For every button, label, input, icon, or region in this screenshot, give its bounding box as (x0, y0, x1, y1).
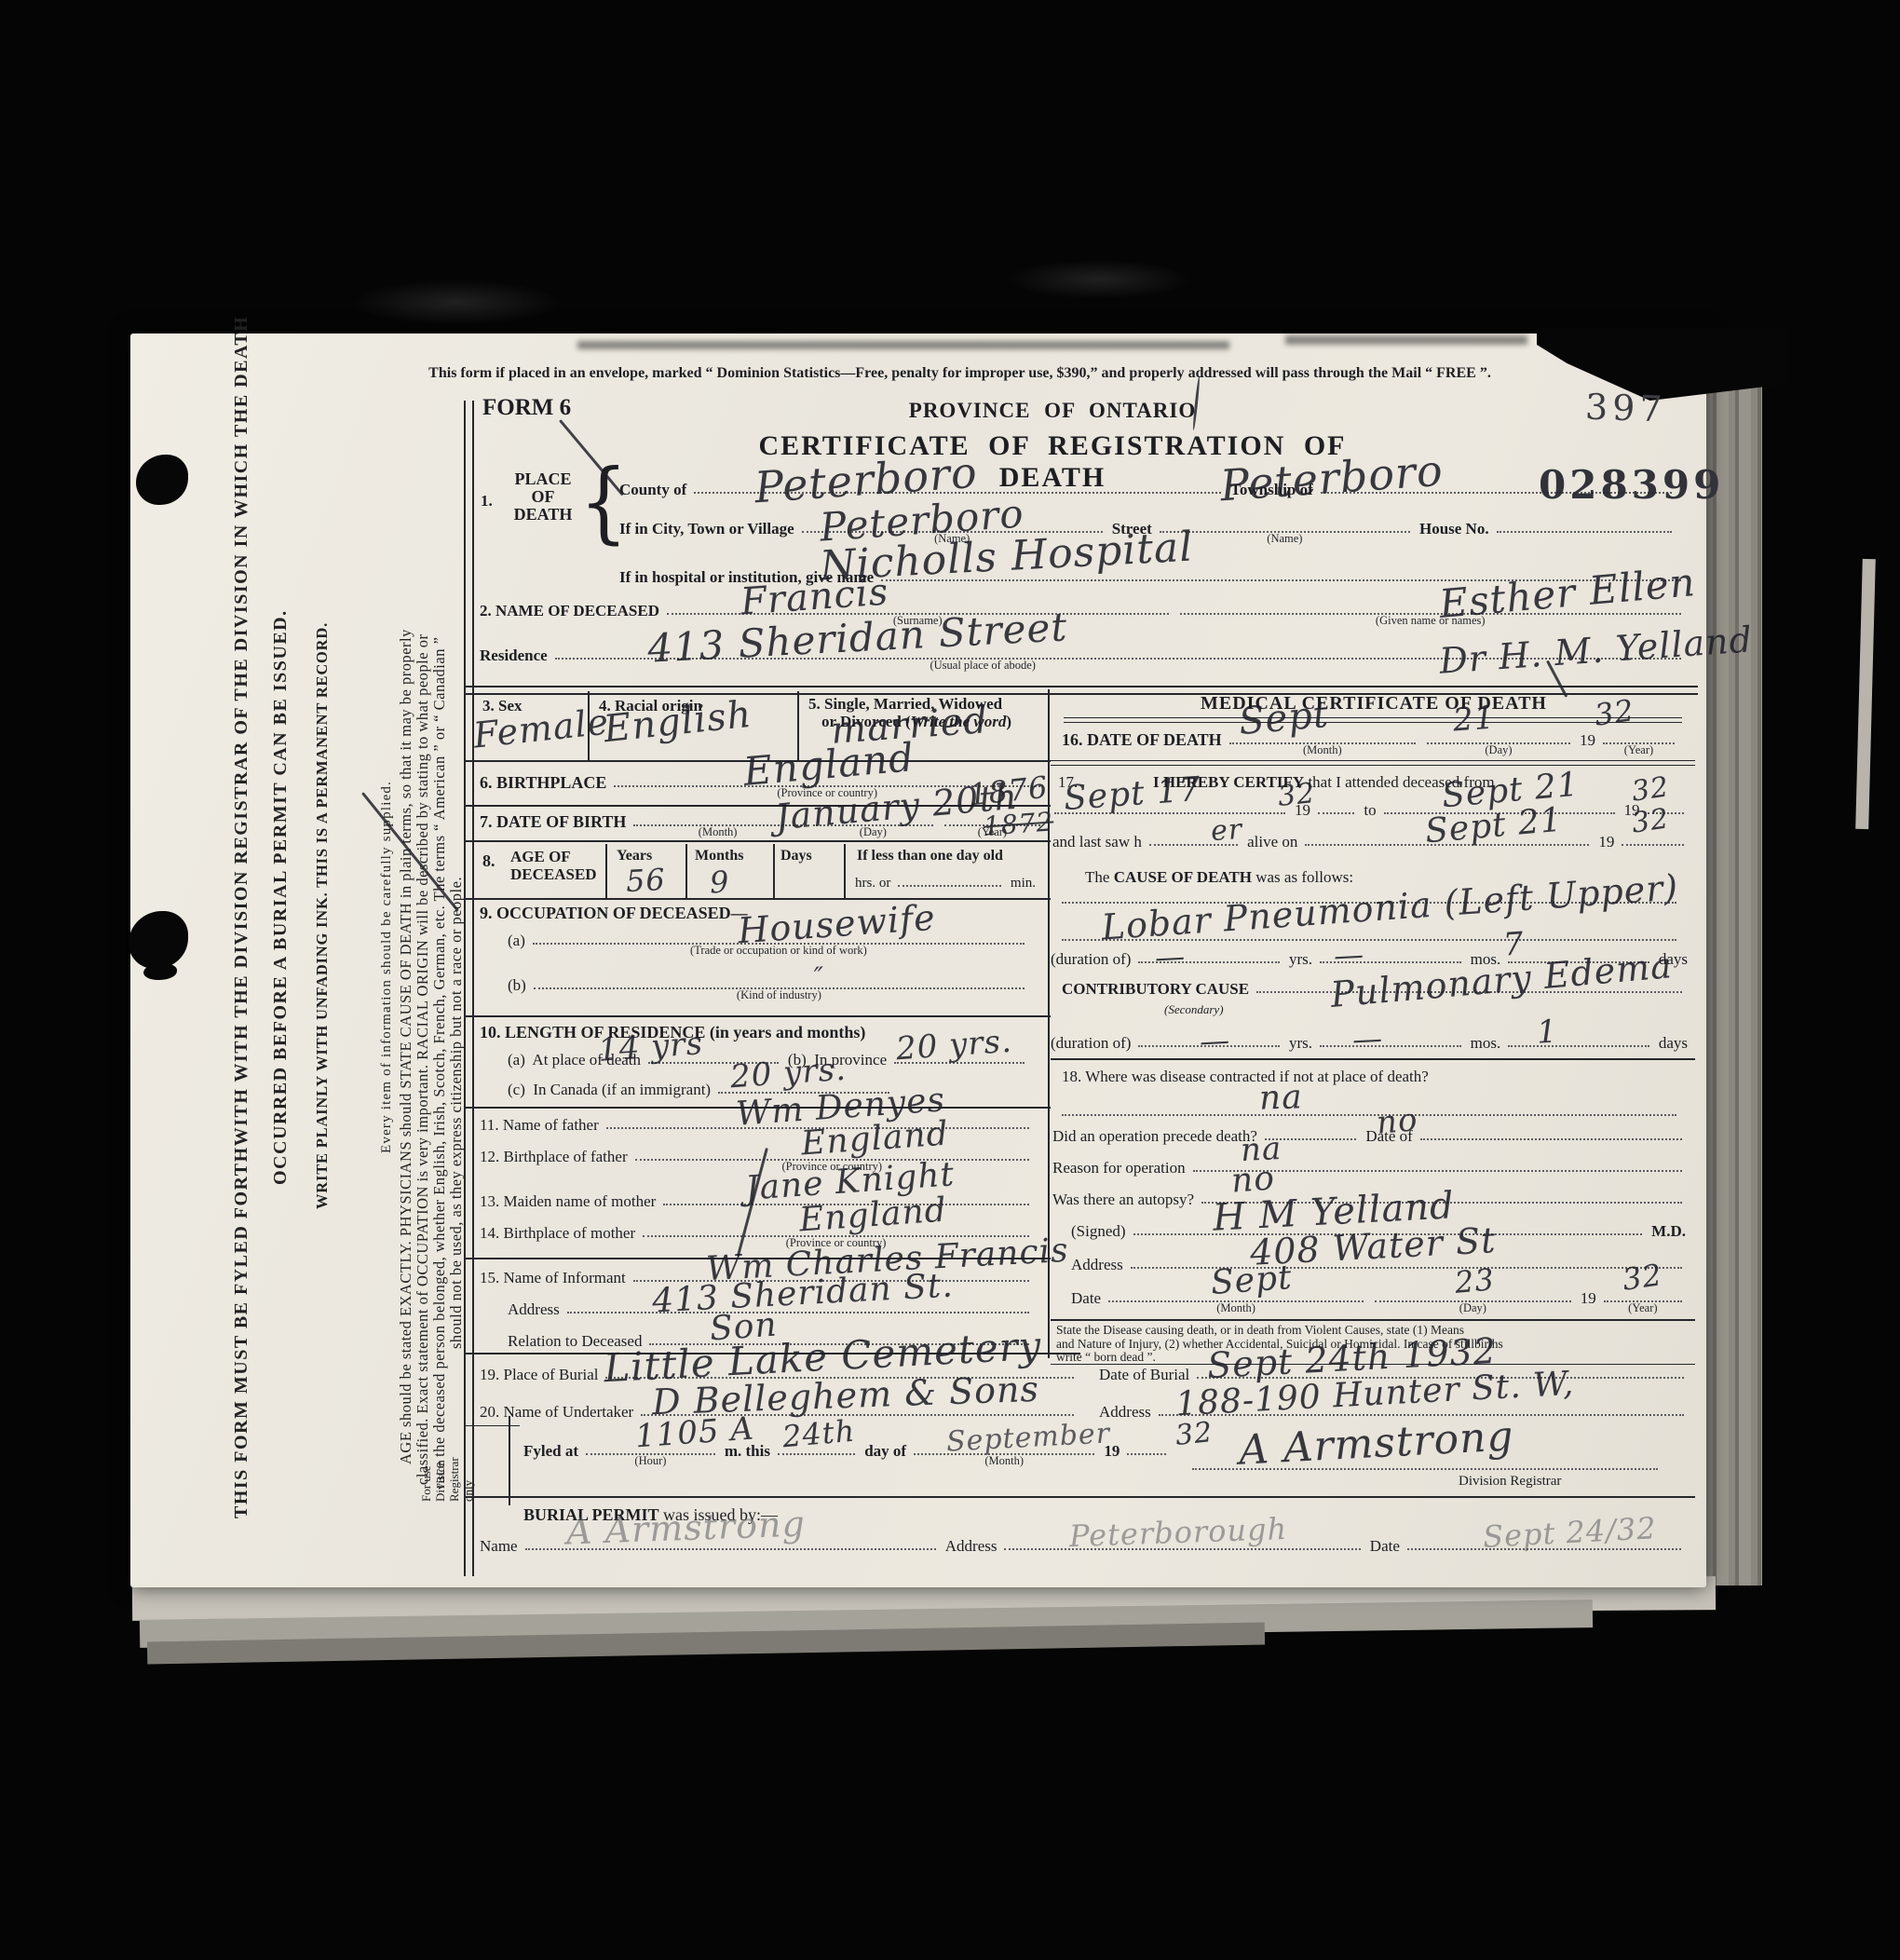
informant-label: 15. Name of Informant (480, 1269, 631, 1286)
page-edge-sliver (1855, 559, 1876, 829)
occupation-b-value: ″ (813, 961, 825, 993)
reason-operation-label: Reason for operation (1052, 1159, 1191, 1177)
yrs-label-2: yrs. (1289, 1034, 1318, 1052)
scan-smear (1285, 335, 1527, 345)
operation-row: Did an operation precede death? Date of (1052, 1127, 1691, 1145)
physician-date-day-sub: (Day) (1459, 1301, 1486, 1315)
column-divider (1048, 689, 1050, 1358)
rule (464, 1425, 520, 1426)
street-fill: (Name) (1160, 527, 1410, 533)
county-label: County of (619, 481, 692, 498)
duration1-yrs-value: — (1154, 938, 1187, 975)
less-than-day-header: If less than one day old (857, 848, 1003, 864)
physician-date-label: Date (1071, 1289, 1106, 1307)
permit-name-label: Name (480, 1537, 523, 1555)
age-years-value: 56 (625, 862, 667, 899)
age-line2: DECEASED (510, 865, 597, 883)
rule (1051, 1058, 1695, 1060)
date-of-death-row: 16. DATE OF DEATH (Month) (Day) 19 (Year… (1062, 730, 1684, 749)
disease-contracted-value: na (1258, 1078, 1303, 1118)
cause-hdr-1: The (1085, 868, 1114, 886)
yrs-label: yrs. (1289, 950, 1318, 968)
age-column-rule (773, 844, 775, 898)
duration2-label: (duration of) (1051, 1034, 1136, 1052)
father-label: 11. Name of father (480, 1116, 604, 1134)
min-label: min. (1011, 876, 1041, 892)
age-number: 8. (482, 851, 495, 871)
date-of-death-label: 16. DATE OF DEATH (1062, 730, 1228, 749)
duration2-yrs-value: — (1199, 1022, 1231, 1059)
rule (1051, 760, 1695, 766)
age-months-value: 9 (709, 864, 730, 900)
house-no-fill (1497, 527, 1672, 533)
last-saw-row: and last saw h alive on 19 (1052, 833, 1693, 851)
city-label: If in City, Town or Village (619, 520, 800, 538)
physician-date-month-sub: (Month) (1216, 1301, 1255, 1315)
marital-label-close: ) (1006, 713, 1011, 730)
operation-value: no (1375, 1101, 1419, 1142)
mos-label-2: mos. (1471, 1034, 1507, 1052)
scan-smudge (307, 270, 605, 335)
dod-year-fill: (Year) (1603, 739, 1675, 744)
place-of-burial-label: 19. Place of Burial (480, 1366, 604, 1383)
duration2-days-value: 1 (1536, 1013, 1559, 1051)
dod-day-fill: (Day) (1427, 739, 1570, 744)
place-word: PLACE (514, 470, 571, 488)
dod-month-value: Sept (1237, 693, 1330, 743)
last-saw-label: and last saw h (1052, 833, 1147, 851)
occupation-b-label: (b) (508, 976, 532, 994)
dob-month-sub: (Month) (699, 825, 738, 839)
last-saw-pronoun: er (1210, 813, 1243, 848)
occupation-a-label: (a) (508, 932, 531, 949)
registrar-bracket (509, 1416, 510, 1505)
house-no-label: House No. (1419, 520, 1495, 538)
permit-address-label: Address (945, 1537, 1003, 1555)
duration1-mos-value: — (1333, 936, 1365, 973)
margin-note-age-para-3: race the deceased person belonged, wheth… (430, 637, 449, 1489)
margin-note-write-plainly: WRITE PLAINLY WITH UNFADING INK. THIS IS… (313, 622, 332, 1209)
contributory-sub: (Secondary) (1164, 1002, 1224, 1017)
of-word: OF (532, 487, 555, 506)
reason-operation-row: Reason for operation (1052, 1159, 1691, 1177)
duration2-days-fill (1508, 1041, 1649, 1047)
occupation-label: 9. OCCUPATION OF DECEASED— (480, 904, 748, 923)
father-birthplace-label: 12. Birthplace of father (480, 1148, 633, 1165)
margin-note-age-para-1: AGE should be stated EXACTLY. PHYSICIANS… (397, 629, 415, 1464)
duration2-mos-fill (1320, 1041, 1461, 1047)
duration2-mos-value: — (1351, 1020, 1384, 1057)
street-name-sub: (Name) (1267, 532, 1302, 546)
title-underline (1064, 717, 1682, 723)
fyled-label: Fyled at (523, 1442, 584, 1460)
cause-of-death-header: The CAUSE OF DEATH was as follows: (1085, 868, 1353, 887)
physician-date-row: Date (Month) (Day) 19 (Year) (1071, 1289, 1691, 1307)
residence-label: Residence (480, 647, 553, 664)
from-year-fill (1318, 809, 1354, 814)
operation-date-fill (1420, 1135, 1682, 1140)
form-left-border (464, 401, 474, 1576)
dod-year-value: 32 (1593, 692, 1637, 733)
undertaker-label: 20. Name of Undertaker (480, 1403, 639, 1421)
age-line1: AGE OF (510, 848, 571, 865)
residence-c-label: (c) In Canada (if an immigrant) (508, 1081, 716, 1098)
age-column-rule (685, 844, 687, 898)
signed-label: (Signed) (1071, 1222, 1132, 1240)
physician-date-month: Sept (1210, 1259, 1294, 1302)
physician-date-year-sub: (Year) (1628, 1301, 1657, 1315)
page-stack-right (1706, 337, 1762, 1586)
last-saw-year: 32 (1630, 802, 1672, 839)
lastsaw-19-prefix: 19 (1598, 833, 1620, 851)
occupation-b-sub: (Kind of industry) (737, 988, 821, 1002)
rule (464, 1015, 1051, 1017)
residence-a-value: 14 yrs (597, 1025, 704, 1069)
province-heading: PROVINCE OF ONTARIO (866, 399, 1239, 423)
days-label-2: days (1659, 1034, 1693, 1052)
last-saw-year-fill (1622, 840, 1684, 846)
scan-smudge (969, 252, 1229, 307)
margin-note-every-item: Every item of information should be care… (379, 781, 395, 1153)
hours-minutes-row: hrs. or min. (855, 876, 1041, 892)
mother-birthplace-label: 14. Birthplace of mother (480, 1224, 641, 1242)
dod-year-sub: (Year) (1624, 743, 1653, 757)
operation-label: Did an operation precede death? (1052, 1127, 1263, 1145)
dod-day-sub: (Day) (1485, 743, 1512, 757)
margin-note-must-be-fyled-2: OCCURRED BEFORE A BURIAL PERMIT CAN BE I… (270, 609, 292, 1185)
death-word: DEATH (514, 505, 573, 524)
division-registrar-label: Division Registrar (1459, 1474, 1561, 1490)
dob-year-struck-value: 1872 (983, 806, 1054, 841)
to-label: to (1364, 801, 1381, 819)
scan-smear (577, 341, 1229, 349)
occupation-b-fill: (Kind of industry) (534, 984, 1025, 989)
md-label: M.D. (1651, 1222, 1691, 1240)
item1-number: 1. (481, 492, 493, 510)
date-of-burial-label: Date of Burial (1099, 1366, 1195, 1383)
attended-from-year: 32 (1276, 777, 1317, 813)
age-column-rule (605, 844, 607, 898)
dod-month-sub: (Month) (1303, 743, 1342, 757)
duration1-label: (duration of) (1051, 950, 1136, 968)
days-header: Days (780, 848, 812, 864)
birthplace-label: 6. BIRTHPLACE (480, 773, 612, 792)
registrar-use-label: For use Division Registrar only (419, 1457, 475, 1502)
mother-label: 13. Maiden name of mother (480, 1192, 661, 1210)
fyled-year-value: 32 (1174, 1416, 1215, 1452)
contributory-label: CONTRIBUTORY CAUSE (1062, 980, 1255, 998)
cause-hdr-2: was as follows: (1252, 868, 1353, 886)
day-of-label: day of (864, 1442, 912, 1460)
physician-date-year-fill: (Year) (1604, 1297, 1682, 1302)
physician-date-year: 32 (1621, 1257, 1665, 1298)
age-of-deceased-label: AGE OF DECEASED (510, 848, 597, 883)
physician-date-19: 19 (1581, 1289, 1602, 1307)
informant-address-label: Address (508, 1300, 565, 1318)
death-certificate-scan: THIS FORM MUST BE FYLED FORTHWITH WITH T… (0, 0, 1900, 1960)
age-column-rule (844, 844, 846, 898)
dod-19-prefix: 19 (1580, 731, 1601, 749)
hrs-fill (898, 881, 1001, 887)
physician-address-label: Address (1071, 1256, 1129, 1273)
margin-note-age-para-4: should not be used, as they express citi… (447, 877, 466, 1349)
residence-sub: (Usual place of abode) (930, 659, 1036, 673)
fyled-month-sub: (Month) (984, 1454, 1024, 1468)
permit-date-label: Date (1370, 1537, 1405, 1555)
name-of-deceased-label: 2. NAME OF DECEASED (480, 602, 665, 619)
dod-day-value: 21 (1452, 699, 1497, 739)
rule (1051, 1319, 1695, 1321)
fyled-hour-sub: (Hour) (634, 1454, 666, 1468)
occupation-b-row: (b) (Kind of industry) (508, 976, 1034, 994)
permit-name-value: A Armstrong (565, 1504, 806, 1553)
disease-contracted-label: 18. Where was disease contracted if not … (1062, 1068, 1429, 1086)
physician-date-day: 23 (1453, 1261, 1496, 1300)
date-of-birth-label: 7. DATE OF BIRTH (480, 812, 631, 831)
rule (464, 840, 1051, 842)
place-of-death-label: PLACE OF DEATH (503, 470, 583, 524)
brace-glyph: { (579, 452, 628, 553)
form-number: FORM 6 (482, 395, 571, 421)
margin-note-must-be-fyled: THIS FORM MUST BE FYLED FORTHWITH WITH T… (231, 316, 252, 1518)
cause-hdr-bold: CAUSE OF DEATH (1114, 868, 1252, 886)
fyled-day-value: 24th (780, 1413, 856, 1455)
margin-note-age-para-2: classified. Exact statement of OCCUPATIO… (414, 634, 432, 1485)
hrs-label: hrs. or (855, 876, 896, 892)
rule (464, 898, 1051, 900)
alive-on-label: alive on (1247, 833, 1303, 851)
envelope-note: This form if placed in an envelope, mark… (351, 365, 1568, 382)
rule (464, 1496, 1695, 1498)
disease-contracted-line (1062, 1114, 1676, 1116)
father-birthplace-row: 12. Birthplace of father (Province or co… (480, 1148, 1038, 1165)
autopsy-label: Was there an autopsy? (1052, 1191, 1200, 1208)
fyled-year-fill (1127, 1450, 1166, 1455)
page-number-stamp: 397 (1584, 386, 1667, 429)
months-header: Months (695, 848, 743, 864)
